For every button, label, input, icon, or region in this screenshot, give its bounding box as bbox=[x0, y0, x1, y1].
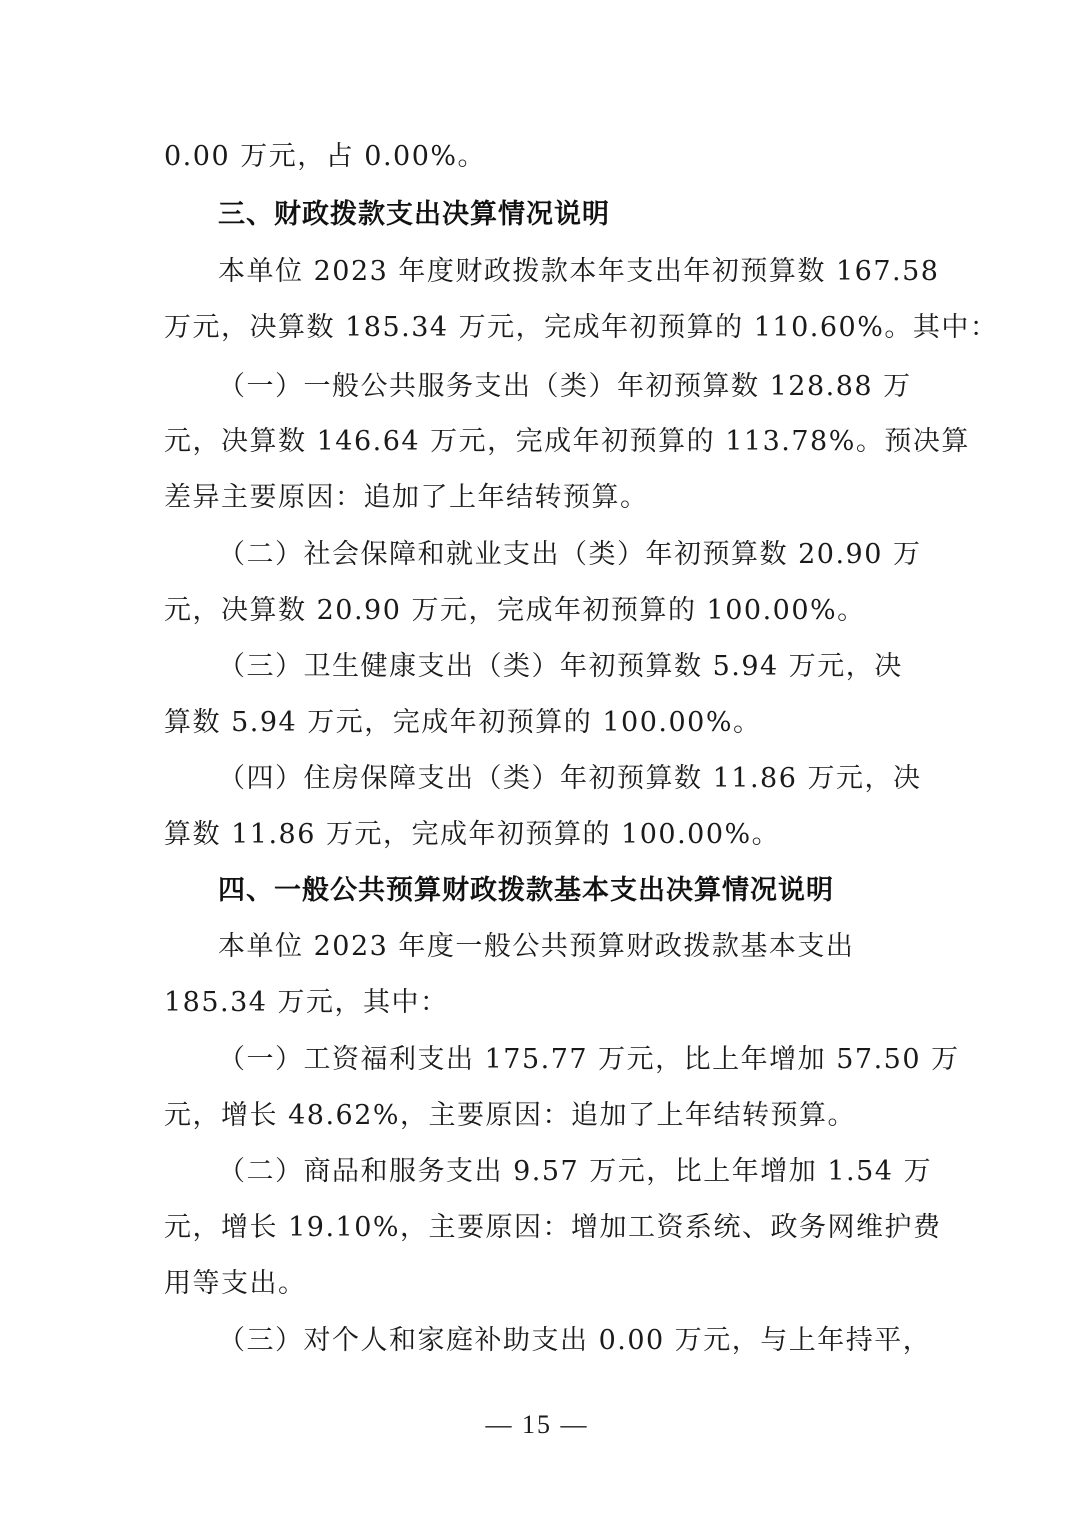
paragraph-line: （二）商品和服务支出 9.57 万元，比上年增加 1.54 万 bbox=[218, 1155, 968, 1189]
paragraph-line: 185.34 万元，其中： bbox=[164, 986, 914, 1020]
paragraph-line: 算数 5.94 万元，完成年初预算的 100.00%。 bbox=[164, 706, 914, 740]
section-heading-3: 三、财政拨款支出决算情况说明 bbox=[218, 198, 968, 232]
paragraph-line: 本单位 2023 年度一般公共预算财政拨款基本支出 bbox=[218, 930, 968, 964]
paragraph-line: 万元，决算数 185.34 万元，完成年初预算的 110.60%。其中： bbox=[164, 311, 914, 345]
paragraph-line: 本单位 2023 年度财政拨款本年支出年初预算数 167.58 bbox=[218, 255, 968, 289]
paragraph-line: （二）社会保障和就业支出（类）年初预算数 20.90 万 bbox=[218, 538, 968, 572]
paragraph-line: （三）卫生健康支出（类）年初预算数 5.94 万元，决 bbox=[218, 650, 968, 684]
paragraph-line: （一）工资福利支出 175.77 万元，比上年增加 57.50 万 bbox=[218, 1043, 968, 1077]
paragraph-line: 元，决算数 146.64 万元，完成年初预算的 113.78%。预决算 bbox=[164, 425, 914, 459]
paragraph-line: （一）一般公共服务支出（类）年初预算数 128.88 万 bbox=[218, 370, 968, 404]
paragraph-line: 元，决算数 20.90 万元，完成年初预算的 100.00%。 bbox=[164, 594, 914, 628]
paragraph-line-continuation: 0.00 万元，占 0.00%。 bbox=[164, 140, 914, 174]
paragraph-line: （三）对个人和家庭补助支出 0.00 万元，与上年持平， bbox=[218, 1324, 968, 1358]
document-page: 0.00 万元，占 0.00%。 三、财政拨款支出决算情况说明 本单位 2023… bbox=[0, 0, 1074, 1520]
paragraph-line: 元，增长 48.62%，主要原因：追加了上年结转预算。 bbox=[164, 1099, 914, 1133]
section-heading-4: 四、一般公共预算财政拨款基本支出决算情况说明 bbox=[218, 874, 968, 908]
page-number: — 15 — bbox=[0, 1408, 1074, 1442]
paragraph-line: 元，增长 19.10%，主要原因：增加工资系统、政务网维护费 bbox=[164, 1211, 914, 1245]
paragraph-line: 算数 11.86 万元，完成年初预算的 100.00%。 bbox=[164, 818, 914, 852]
paragraph-line: 用等支出。 bbox=[164, 1267, 914, 1301]
paragraph-line: （四）住房保障支出（类）年初预算数 11.86 万元，决 bbox=[218, 762, 968, 796]
paragraph-line: 差异主要原因：追加了上年结转预算。 bbox=[164, 481, 914, 515]
